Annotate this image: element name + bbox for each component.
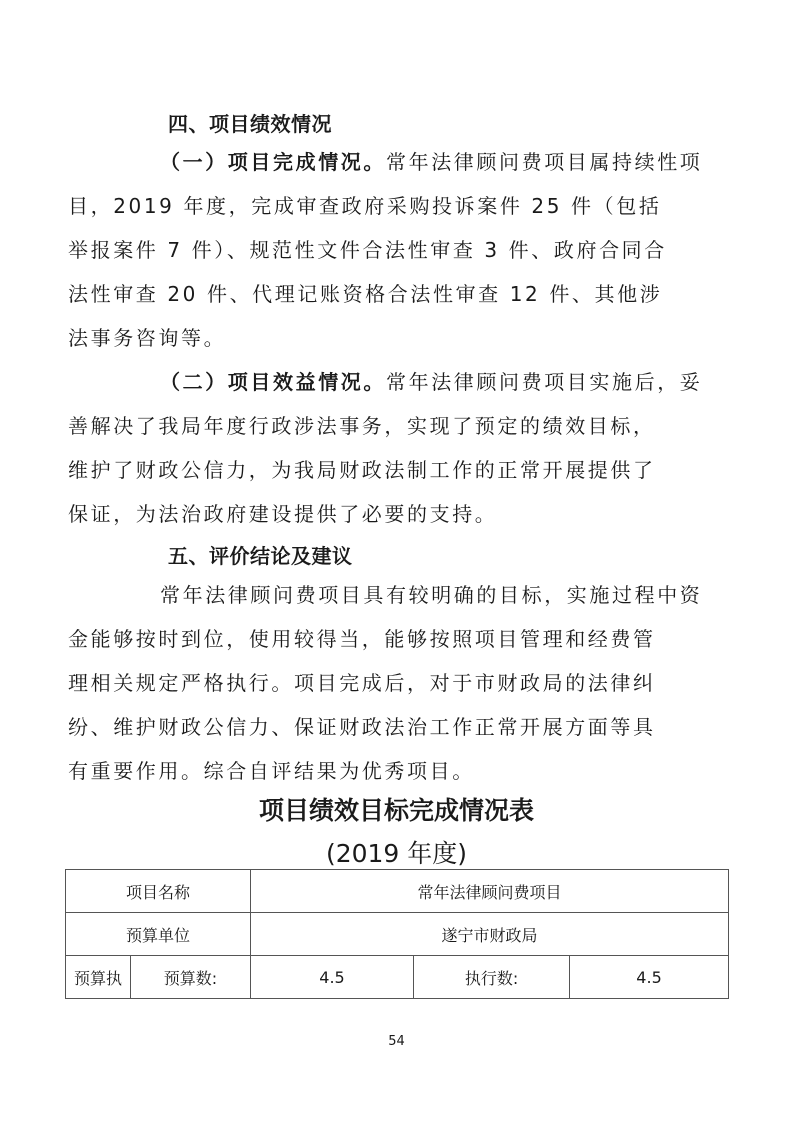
section-4-heading: 四、项目绩效情况 (168, 112, 793, 136)
paragraph-line: 举报案件 7 件）、规范性文件合法性审查 3 件、政府合同合 (68, 238, 728, 262)
paragraph-text: 常年法律顾问费项目实施后，妥 (386, 370, 702, 394)
paragraph-line: 法事务咨询等。 (68, 326, 728, 350)
paragraph-text: 常年法律顾问费项目属持续性项 (386, 150, 702, 174)
budget-amount-value: 4.5 (251, 956, 414, 999)
paragraph-line: 善解决了我局年度行政涉法事务，实现了预定的绩效目标， (68, 414, 728, 438)
table-title: 项目绩效目标完成情况表 (0, 791, 793, 827)
budget-exec-label: 预算执 (66, 956, 131, 999)
paragraph-lead: （一）项目完成情况。 (160, 150, 386, 174)
table-subtitle: (2019 年度) (0, 834, 793, 870)
table-row: 预算执 预算数: 4.5 执行数: 4.5 (66, 956, 729, 999)
paragraph-line: 理相关规定严格执行。项目完成后，对于市财政局的法律纠 (68, 671, 728, 695)
paragraph-lead: （二）项目效益情况。 (160, 370, 386, 394)
performance-table: 项目名称 常年法律顾问费项目 预算单位 遂宁市财政局 预算执 预算数: 4.5 … (65, 869, 729, 999)
table-row: 预算单位 遂宁市财政局 (66, 913, 729, 956)
page-number: 54 (0, 1034, 793, 1049)
budget-unit-label: 预算单位 (66, 913, 251, 956)
section-5-heading: 五、评价结论及建议 (168, 544, 793, 568)
budget-amount-label: 预算数: (131, 956, 251, 999)
project-name-label: 项目名称 (66, 870, 251, 913)
paragraph-line: 法性审查 20 件、代理记账资格合法性审查 12 件、其他涉 (68, 282, 728, 306)
paragraph-line: 常年法律顾问费项目具有较明确的目标，实施过程中资 (160, 583, 793, 607)
paragraph-line: 纷、维护财政公信力、保证财政法治工作正常开展方面等具 (68, 715, 728, 739)
paragraph-line: 金能够按时到位，使用较得当，能够按照项目管理和经费管 (68, 627, 728, 651)
document-page: 四、项目绩效情况 （一）项目完成情况。常年法律顾问费项目属持续性项 目，2019… (0, 0, 793, 1122)
executed-amount-value: 4.5 (570, 956, 729, 999)
project-name-value: 常年法律顾问费项目 (251, 870, 729, 913)
paragraph-line: 保证，为法治政府建设提供了必要的支持。 (68, 502, 728, 526)
table-row: 项目名称 常年法律顾问费项目 (66, 870, 729, 913)
paragraph-line: 目，2019 年度，完成审查政府采购投诉案件 25 件（包括 (68, 194, 728, 218)
executed-amount-label: 执行数: (414, 956, 570, 999)
budget-unit-value: 遂宁市财政局 (251, 913, 729, 956)
paragraph-line: 有重要作用。综合自评结果为优秀项目。 (68, 759, 728, 783)
paragraph-line: （二）项目效益情况。常年法律顾问费项目实施后，妥 (160, 370, 793, 394)
paragraph-line: （一）项目完成情况。常年法律顾问费项目属持续性项 (160, 150, 793, 174)
paragraph-line: 维护了财政公信力，为我局财政法制工作的正常开展提供了 (68, 458, 728, 482)
